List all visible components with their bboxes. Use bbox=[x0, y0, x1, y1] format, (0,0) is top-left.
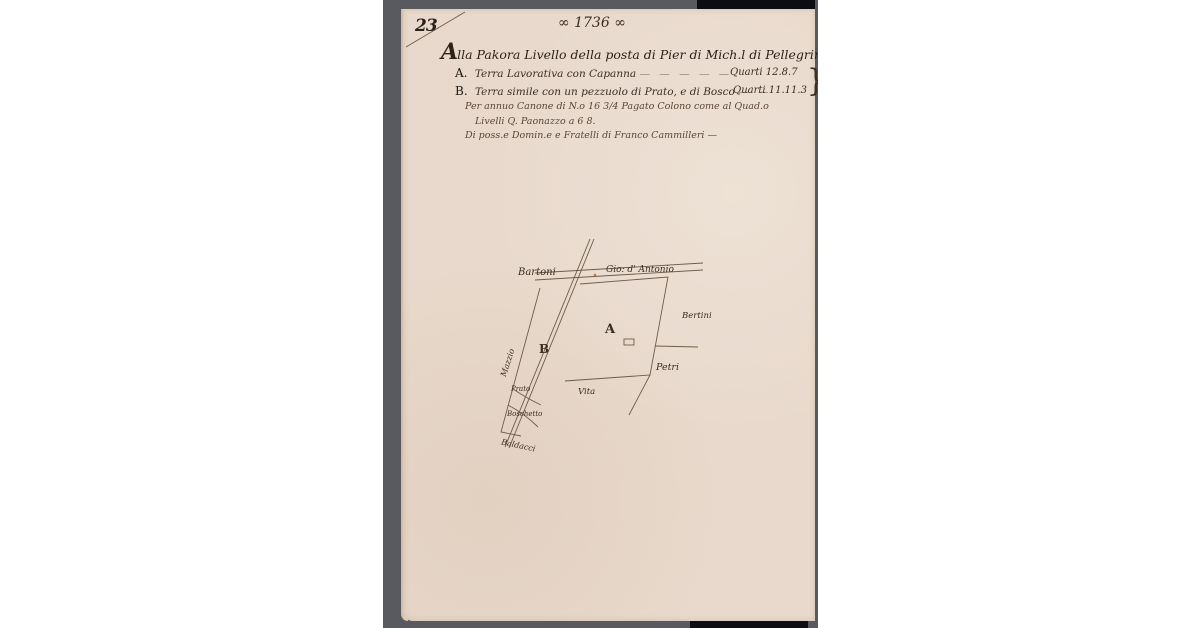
manuscript-page: 23 ∞ 1736 ∞ Alla Pakora Livello della po… bbox=[403, 9, 815, 621]
building-icon bbox=[624, 339, 634, 345]
scanned-document-viewer: 23 ∞ 1736 ∞ Alla Pakora Livello della po… bbox=[383, 0, 818, 628]
map-label-bertini: Bertini bbox=[682, 311, 712, 321]
survey-point-marker bbox=[594, 274, 597, 277]
parcel-a-outline bbox=[565, 277, 668, 381]
petri-boundary bbox=[655, 346, 698, 347]
map-label-bartoni: Bartoni bbox=[518, 267, 556, 278]
parcel-b-label: B bbox=[539, 342, 549, 356]
map-label-prato: Prato bbox=[511, 385, 530, 393]
map-label-boschetto: Boschetto bbox=[507, 410, 542, 418]
property-map bbox=[403, 9, 815, 621]
map-label-gio-antonio: Gio: d' Antonio bbox=[606, 265, 674, 275]
parcel-a-label: A bbox=[605, 322, 615, 337]
map-label-vita: Vita bbox=[578, 387, 595, 397]
vita-boundary bbox=[629, 375, 650, 415]
map-label-petri: Petri bbox=[656, 362, 679, 373]
